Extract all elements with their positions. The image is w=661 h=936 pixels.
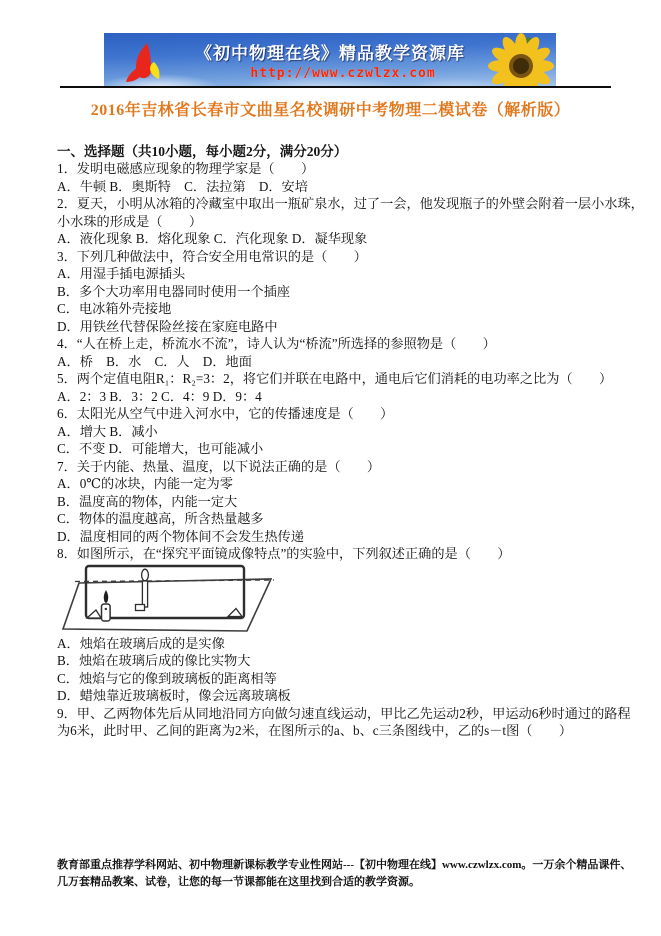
question-line: A．桥 B．水 C．人 D．地面: [57, 353, 617, 371]
question-line: 为6米，此时甲、乙间的距离为2米，在图所示的a、b、c三条图线中，乙的s－t图（…: [57, 722, 617, 740]
question-line: 2．夏天，小明从冰箱的冷藏室中取出一瓶矿泉水，过了一会，他发现瓶子的外壁会附着一…: [57, 195, 617, 213]
questions-body: 1．发明电磁感应现象的物理学家是（ ） A．牛顿 B．奥斯特 C．法拉第 D．安…: [57, 160, 617, 740]
question-line: B．多个大功率用电器同时使用一个插座: [57, 283, 617, 301]
question-line: 6．太阳光从空气中进入河水中，它的传播速度是（ ）: [57, 405, 617, 423]
question-line: 5．两个定值电阻R₁：R₂=3：2，将它们并联在电路中，通电后它们消耗的电功率之…: [57, 370, 617, 388]
question-line: A．2：3 B．3：2 C．4：9 D．9：4: [57, 388, 617, 406]
question-line: D．蜡烛靠近玻璃板时，像会远离玻璃板: [57, 687, 617, 705]
question-line: D．用铁丝代替保险丝接在家庭电路中: [57, 318, 617, 336]
question-line: 3．下列几种做法中，符合安全用电常识的是（ ）: [57, 248, 617, 266]
footer-line: 教育部重点推荐学科网站、初中物理新课标教学专业性网站---【初中物理在线】www…: [57, 857, 617, 874]
question-line: A．0℃的冰块，内能一定为零: [57, 475, 617, 493]
question-line: B．温度高的物体，内能一定大: [57, 493, 617, 511]
question-line: D．温度相同的两个物体间不会发生热传递: [57, 528, 617, 546]
question-line: 7．关于内能、热量、温度，以下说法正确的是（ ）: [57, 458, 617, 476]
footer-line: 几万套精品教案、试卷，让您的每一节课都能在这里找到合适的教学资源。: [57, 874, 617, 891]
exam-document-page: 《初中物理在线》精品教学资源库 http://www.czwlzx.com: [0, 0, 661, 936]
candle-image: [136, 569, 149, 610]
question-line: 9．甲、乙两物体先后从同地沿同方向做匀速直线运动，甲比乙先运动2秒，甲运动6秒时…: [57, 705, 617, 723]
table-surface: [63, 579, 271, 631]
site-banner: 《初中物理在线》精品教学资源库 http://www.czwlzx.com: [104, 33, 556, 87]
document-title: 2016年吉林省长春市文曲星名校调研中考物理二模试卷（解析版）: [0, 97, 661, 120]
candle-front: [102, 590, 111, 621]
question-line: C．不变 D．可能增大，也可能减小: [57, 440, 617, 458]
question-line: A．用湿手插电源插头: [57, 265, 617, 283]
question-line: B．烛焰在玻璃后成的像比实物大: [57, 652, 617, 670]
question-line: 1．发明电磁感应现象的物理学家是（ ）: [57, 160, 617, 178]
question-line: C．物体的温度越高，所含热量越多: [57, 510, 617, 528]
question8-figure: [57, 563, 617, 635]
question-line: A．增大 B．减小: [57, 423, 617, 441]
glass-support-left: [87, 610, 101, 618]
question-line: 8．如图所示，在“探究平面镜成像特点”的实验中，下列叙述正确的是（ ）: [57, 545, 617, 563]
sunflower-image: [488, 33, 554, 87]
plane-mirror-experiment-figure: [61, 563, 277, 635]
header-divider: [60, 86, 611, 88]
section-heading: 一、选择题（共10小题，每小题2分，满分20分）: [57, 140, 613, 160]
question-line: A．烛焰在玻璃后成的是实像: [57, 635, 617, 653]
question-line: C．烛焰与它的像到玻璃板的距离相等: [57, 670, 617, 688]
page-footer: 教育部重点推荐学科网站、初中物理新课标教学专业性网站---【初中物理在线】www…: [57, 857, 617, 890]
question-line: C．电冰箱外壳接地: [57, 300, 617, 318]
glass-support-right: [228, 608, 242, 616]
question-line: 4．“人在桥上走，桥流水不流”，诗人认为“桥流”所选择的参照物是（ ）: [57, 335, 617, 353]
question-line: A．液化现象 B．熔化现象 C．汽化现象 D．凝华现象: [57, 230, 617, 248]
question-line: A．牛顿 B．奥斯特 C．法拉第 D．安培: [57, 178, 617, 196]
question-line: 小水珠的形成是（ ）: [57, 213, 617, 231]
